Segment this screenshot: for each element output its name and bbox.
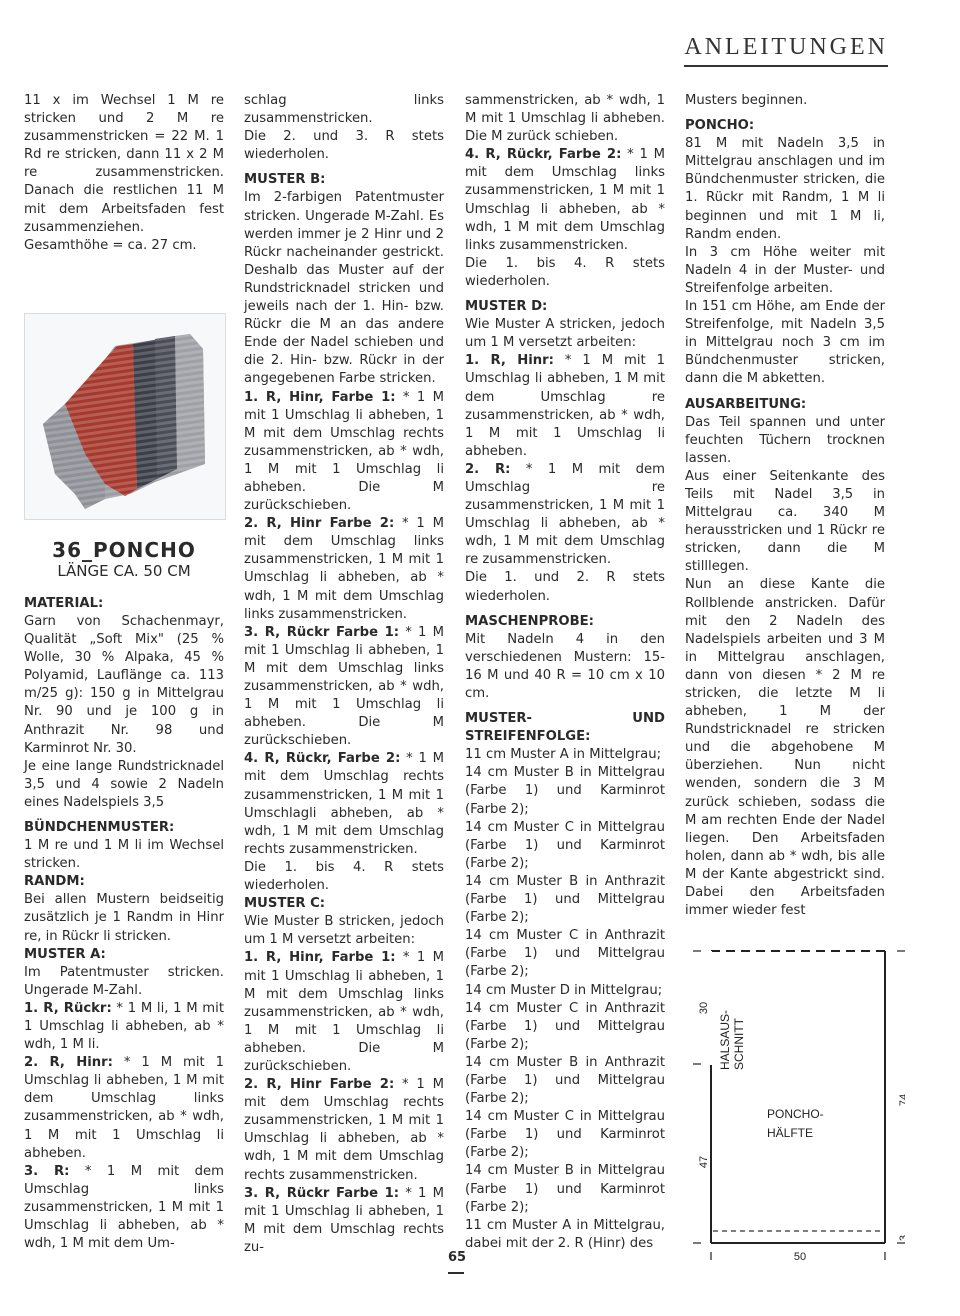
muster-c-heading: MUSTER C: [244,895,444,913]
sequence-item: 11 cm Muster A in Mittelgrau; [465,746,665,764]
row-label: 1. R, Rückr: [24,1001,112,1016]
muster-d-repeat: Die 1. und 2. R stets wiederholen. [465,569,665,605]
muster-a-repeat: Die 2. und 3. R stets wiederholen. [244,128,444,164]
row-label: 2. R, Hinr: [24,1055,113,1070]
row-text: * 1 M mit dem Umschlag links zusammenstr… [244,516,444,621]
muster-b-repeat: Die 1. bis 4. R stets wiederholen. [244,859,444,895]
muster-a-text: Im Patentmuster stricken. Ungerade M-Zah… [24,964,224,1000]
rib-heading: BÜNDCHENMUSTER: [24,819,224,837]
row-label: 2. R: [465,462,510,477]
row-label: 4. R, Rückr, Farbe 2: [244,751,400,766]
poncho-photo [24,313,226,520]
column-3: sammenstricken, ab * wdh, 1 M mit 1 Umsc… [465,92,665,1253]
pattern-title-block: 36_PONCHO LÄNGE CA. 50 CM [24,538,224,581]
pattern-subtitle: LÄNGE CA. 50 CM [24,562,224,581]
row-text: * 1 M mit 1 Umschlag li abheben, 1 M mit… [465,353,665,458]
finishing-text-2: Aus einer Seitenkante des Teils mit Nade… [685,468,885,577]
gauge-text: Mit Nadeln 4 in den verschiedenen Muster… [465,631,665,703]
edge-heading: RANDM: [24,873,224,891]
sequence-item: 14 cm Muster B in Mittelgrau (Farbe 1) u… [465,1162,665,1216]
neck-label-1: HALSAUS- [718,1010,732,1070]
muster-a-row-3: 3. R: * 1 M mit dem Umschlag links zusam… [24,1163,224,1253]
continued-text: sammenstricken, ab * wdh, 1 M mit 1 Umsc… [465,92,665,146]
column-1: 11 x im Wechsel 1 M re stricken und 2 M … [24,92,224,1253]
muster-c-row-3: 3. R, Rückr Farbe 1: * 1 M mit 1 Umschla… [244,1185,444,1257]
muster-b-row-2: 2. R, Hinr Farbe 2: * 1 M mit dem Umschl… [244,515,444,624]
edge-text: Bei allen Mustern beidseitig zusätzlich … [24,891,224,945]
intro-text: 11 x im Wechsel 1 M re stricken und 2 M … [24,92,224,237]
sequence-item: 14 cm Muster C in Mittelgrau (Farbe 1) u… [465,819,665,873]
poncho-text-1: 81 M mit Nadeln 3,5 in Mittelgrau anschl… [685,135,885,244]
gauge-heading: MASCHENPROBE: [465,613,665,631]
sequence-item: 11 cm Muster A in Mittelgrau, dabei mit … [465,1217,665,1253]
section-title: ANLEITUNGEN [684,34,888,61]
continued-text: Musters beginnen. [685,92,885,110]
neck-label-2: SCHNITT [732,1018,746,1071]
row-label: 3. R, Rückr Farbe 1: [244,1186,399,1201]
muster-b-row-3: 3. R, Rückr Farbe 1: * 1 M mit 1 Umschla… [244,624,444,751]
muster-c-repeat: Die 1. bis 4. R stets wiederholen. [465,255,665,291]
muster-c-row-4: 4. R, Rückr, Farbe 2: * 1 M mit dem Umsc… [465,146,665,255]
row-label: 4. R, Rückr, Farbe 2: [465,147,621,162]
muster-c-text: Wie Muster B stricken, jedoch um 1 M ver… [244,913,444,949]
pattern-title: 36_PONCHO [24,538,224,562]
finishing-text-3: Nun an diese Kante die Rollblende anstri… [685,576,885,920]
muster-d-row-1: 1. R, Hinr: * 1 M mit 1 Umschlag li abhe… [465,352,665,461]
row-label: 1. R, Hinr, Farbe 1: [244,390,396,405]
material-text: Garn von Schachenmayr, Qualität „Soft Mi… [24,613,224,758]
row-text: * 1 M mit dem Umschlag links zusammenstr… [465,147,665,252]
sequence-item: 14 cm Muster B in Anthrazit (Farbe 1) un… [465,1054,665,1108]
sequence-item: 14 cm Muster B in Mittelgrau (Farbe 1) u… [465,764,665,818]
sequence-item: 14 cm Muster C in Mittelgrau (Farbe 1) u… [465,1108,665,1162]
finishing-heading: AUSARBEITUNG: [685,396,885,414]
muster-d-text: Wie Muster A stricken, jedoch um 1 M ver… [465,316,665,352]
muster-b-row-4: 4. R, Rückr, Farbe 2: * 1 M mit dem Umsc… [244,750,444,859]
poncho-text-2: In 3 cm Höhe weiter mit Nadeln 4 in der … [685,244,885,298]
material-heading: MATERIAL: [24,595,224,613]
section-header: ANLEITUNGEN [684,34,888,67]
piece-label-2: HÄLFTE [767,1126,813,1140]
sequence-item: 14 cm Muster D in Mittelgrau; [465,982,665,1000]
row-label: 3. R, Rückr Farbe 1: [244,625,399,640]
needles-text: Je eine lange Rundstricknadel 3,5 und 4 … [24,758,224,812]
dim-total: 74 [898,1094,905,1106]
row-text: * 1 M mit dem Umschlag rechts zusammenst… [244,1077,444,1182]
rib-text: 1 M re und 1 M li im Wechsel stricken. [24,837,224,873]
dim-lower: 47 [698,1156,710,1168]
finishing-text-1: Das Teil spannen und unter feuchten Tüch… [685,414,885,468]
poncho-heading: PONCHO: [685,117,885,135]
muster-c-row-2: 2. R, Hinr Farbe 2: * 1 M mit dem Umschl… [244,1076,444,1185]
muster-d-heading: MUSTER D: [465,298,665,316]
sequence-item: 14 cm Muster B in Anthrazit (Farbe 1) un… [465,873,665,927]
page-number-underline [448,1272,464,1274]
dim-width: 50 [794,1251,806,1260]
column-4: Musters beginnen. PONCHO: 81 M mit Nadel… [685,92,885,1260]
row-text: * 1 M mit 1 Umschlag li abheben, 1 M mit… [244,625,444,749]
dim-rib: 3 [898,1235,905,1241]
muster-b-row-1: 1. R, Hinr, Farbe 1: * 1 M mit 1 Umschla… [244,389,444,516]
row-text: * 1 M mit dem Umschlag rechts zusammenst… [244,751,444,856]
row-label: 1. R, Hinr, Farbe 1: [244,950,396,965]
poncho-text-3: In 151 cm Höhe, am Ende der Streifenfolg… [685,298,885,388]
column-2: schlag links zusammenstricken. Die 2. un… [244,92,444,1257]
muster-a-heading: MUSTER A: [24,946,224,964]
row-label: 1. R, Hinr: [465,353,554,368]
dim-neck: 30 [698,1002,710,1014]
row-text: * 1 M mit 1 Umschlag li abheben, 1 M mit… [24,1055,224,1160]
sequence-item: 14 cm Muster C in Anthrazit (Farbe 1) un… [465,927,665,981]
page-number: 65 [442,1250,472,1265]
row-label: 2. R, Hinr Farbe 2: [244,516,394,531]
row-text: * 1 M mit 1 Umschlag li abheben, 1 M mit… [244,390,444,514]
poncho-schematic-icon: 30 47 74 3 50 HALSAUS- SCHNITT PONCHO- H… [685,940,905,1260]
muster-c-row-1: 1. R, Hinr, Farbe 1: * 1 M mit 1 Umschla… [244,949,444,1076]
muster-d-row-2: 2. R: * 1 M mit dem Umschlag re zusammen… [465,461,665,570]
poncho-image-icon [25,314,225,519]
row-text: * 1 M mit dem Umschlag re zusammenstrick… [465,462,665,567]
total-height: Gesamthöhe = ca. 27 cm. [24,237,224,255]
schematic-diagram: 30 47 74 3 50 HALSAUS- SCHNITT PONCHO- H… [685,940,905,1260]
muster-b-text: Im 2-farbigen Patentmuster stricken. Ung… [244,189,444,388]
row-label: 2. R, Hinr Farbe 2: [244,1077,394,1092]
piece-label-1: PONCHO- [767,1107,824,1121]
header-underline [684,65,888,67]
row-label: 3. R: [24,1164,69,1179]
continued-text: schlag links zusammenstricken. [244,92,444,128]
sequence-item: 14 cm Muster C in Anthrazit (Farbe 1) un… [465,1000,665,1054]
muster-b-heading: MUSTER B: [244,171,444,189]
row-text: * 1 M mit 1 Umschlag li abheben, 1 M mit… [244,950,444,1074]
sequence-heading: MUSTER- UND STREIFENFOLGE: [465,710,665,746]
muster-a-row-1: 1. R, Rückr: * 1 M li, 1 M mit 1 Umschla… [24,1000,224,1054]
muster-a-row-2: 2. R, Hinr: * 1 M mit 1 Umschlag li abhe… [24,1054,224,1163]
